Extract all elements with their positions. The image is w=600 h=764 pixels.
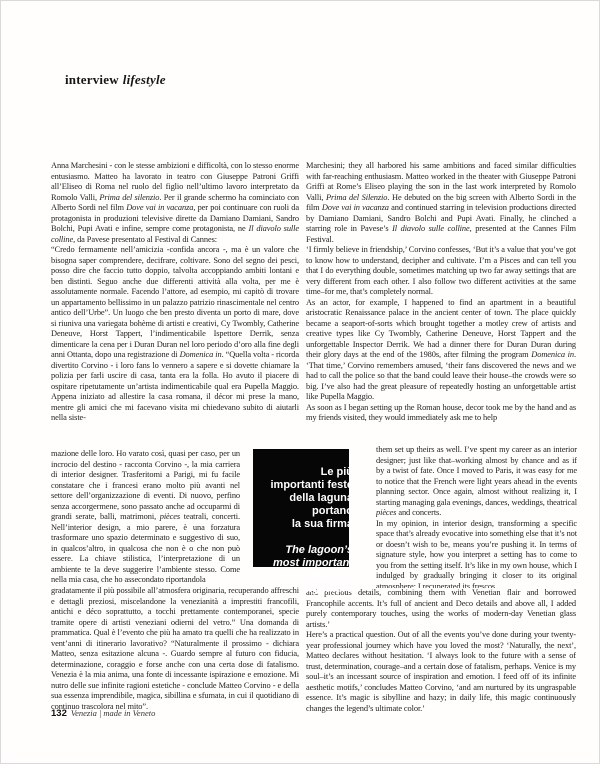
page-footer: 132Venezia | made in Veneto (51, 708, 155, 719)
article-left-column: Anna Marchesini - con le stesse ambizion… (51, 161, 299, 713)
pull-quote-italian: Le più importanti feste della laguna por… (253, 466, 353, 531)
pull-quote-box: Le più importanti feste della laguna por… (253, 449, 349, 567)
page-number: 132 (51, 708, 67, 719)
magazine-page: interviewlifestyle Anna Marchesini - con… (0, 0, 600, 764)
category-label: lifestyle (123, 72, 166, 87)
left-column-text-top: Anna Marchesini - con le stesse ambizion… (51, 161, 299, 449)
article-right-column: Marchesini; they all harbored his same a… (306, 161, 576, 723)
section-header: interviewlifestyle (65, 72, 166, 88)
pull-quote-english: The lagoon’s most important soirees bear… (253, 544, 353, 596)
left-column-text-wrapped: mazione delle loro. Ho varato così, quas… (51, 449, 240, 586)
section-label: interview (65, 72, 119, 87)
right-column-text-top: Marchesini; they all harbored his same a… (306, 161, 576, 445)
magazine-title: Venezia | made in Veneto (71, 708, 155, 718)
right-column-text-wrapped: them set up theirs as well. I’ve spent m… (376, 445, 577, 588)
